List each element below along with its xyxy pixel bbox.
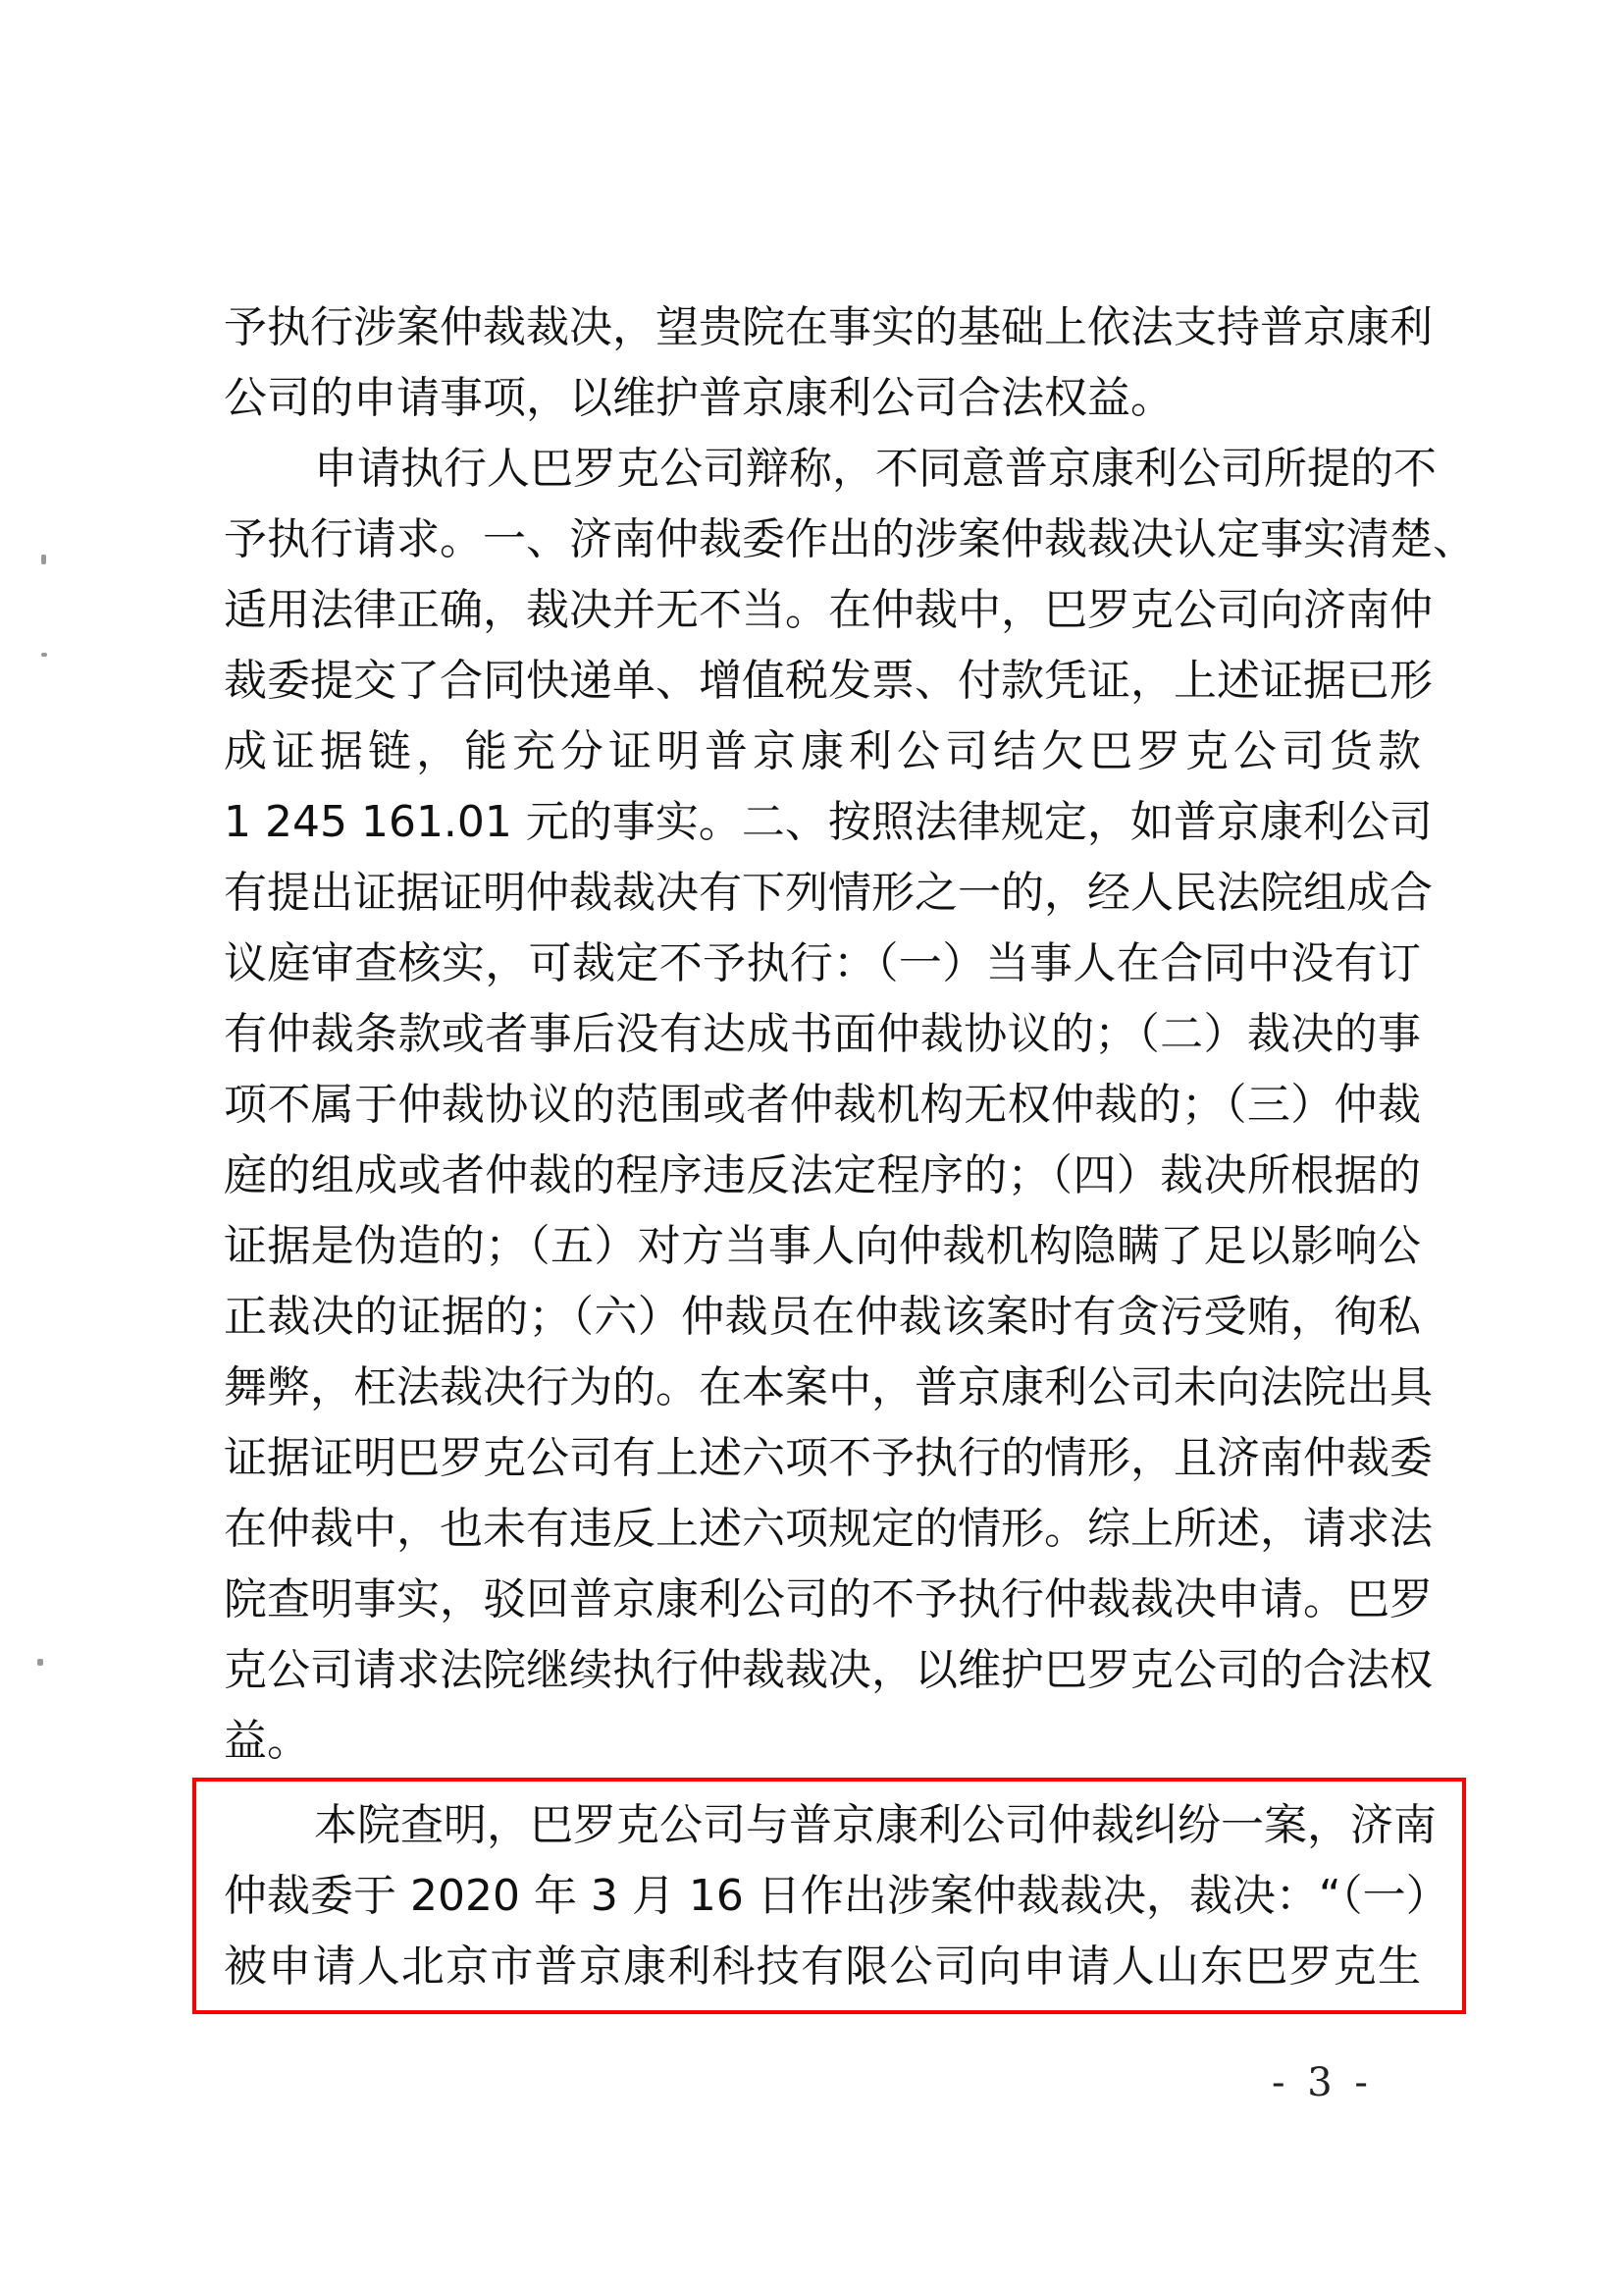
scan-artifact-mark bbox=[41, 555, 46, 564]
paragraph-2-line-10: 项不属于仲裁协议的范围或者仲裁机构无权仲裁的；（三）仲裁 bbox=[224, 1078, 1421, 1133]
paragraph-2-line-4: 裁委提交了合同快递单、增值税发票、付款凭证，上述证据已形 bbox=[224, 654, 1421, 709]
paragraph-2-line-15: 证据证明巴罗克公司有上述六项不予执行的情形，且济南仲裁委 bbox=[224, 1431, 1421, 1486]
scan-artifact-mark bbox=[41, 653, 47, 657]
paragraph-3-line-2: 仲裁委于 2020 年 3 月 16 日作出涉案仲裁裁决，裁决：“（一） bbox=[224, 1869, 1421, 1924]
paragraph-3-line-1: 本院查明，巴罗克公司与普京康利公司仲裁纠纷一案，济南 bbox=[314, 1798, 1421, 1853]
paragraph-3-line-3: 被申请人北京市普京康利科技有限公司向申请人山东巴罗克生 bbox=[224, 1940, 1421, 1995]
paragraph-2-line-9: 有仲裁条款或者事后没有达成书面仲裁协议的；（二）裁决的事 bbox=[224, 1007, 1421, 1062]
paragraph-2-line-1: 申请执行人巴罗克公司辩称，不同意普京康利公司所提的不 bbox=[314, 442, 1421, 497]
paragraph-2-line-13: 正裁决的证据的；（六）仲裁员在仲裁该案时有贪污受贿，徇私 bbox=[224, 1290, 1421, 1345]
scan-artifact-mark bbox=[37, 1659, 43, 1666]
document-page: 予执行涉案仲裁裁决，望贵院在事实的基础上依法支持普京康利 公司的申请事项，以维护… bbox=[0, 0, 1624, 2288]
paragraph-2-line-18: 克公司请求法院继续执行仲裁裁决，以维护巴罗克公司的合法权 bbox=[224, 1643, 1421, 1698]
paragraph-2-line-17: 院查明事实，驳回普京康利公司的不予执行仲裁裁决申请。巴罗 bbox=[224, 1572, 1421, 1627]
paragraph-2-line-12: 证据是伪造的；（五）对方当事人向仲裁机构隐瞒了足以影响公 bbox=[224, 1219, 1421, 1274]
paragraph-1-line-2: 公司的申请事项，以维护普京康利公司合法权益。 bbox=[224, 371, 1421, 426]
paragraph-2-line-2: 予执行请求。一、济南仲裁委作出的涉案仲裁裁决认定事实清楚、 bbox=[224, 512, 1421, 567]
paragraph-2-line-5: 成证据链，能充分证明普京康利公司结欠巴罗克公司货款 bbox=[224, 724, 1421, 779]
paragraph-2-line-3: 适用法律正确，裁决并无不当。在仲裁中，巴罗克公司向济南仲 bbox=[224, 583, 1421, 638]
paragraph-2-line-16: 在仲裁中，也未有违反上述六项规定的情形。综上所述，请求法 bbox=[224, 1502, 1421, 1557]
paragraph-2-line-14: 舞弊，枉法裁决行为的。在本案中，普京康利公司未向法院出具 bbox=[224, 1360, 1421, 1415]
paragraph-2-line-6: 1 245 161.01 元的事实。二、按照法律规定，如普京康利公司 bbox=[224, 795, 1421, 850]
paragraph-2-line-8: 议庭审查核实，可裁定不予执行：（一）当事人在合同中没有订 bbox=[224, 936, 1421, 991]
paragraph-2-line-11: 庭的组成或者仲裁的程序违反法定程序的；（四）裁决所根据的 bbox=[224, 1148, 1421, 1203]
page-number: - 3 - bbox=[1266, 2059, 1374, 2106]
paragraph-2-line-7: 有提出证据证明仲裁裁决有下列情形之一的，经人民法院组成合 bbox=[224, 866, 1421, 921]
paragraph-1-line-1: 予执行涉案仲裁裁决，望贵院在事实的基础上依法支持普京康利 bbox=[224, 300, 1421, 355]
paragraph-2-line-19: 益。 bbox=[224, 1714, 1421, 1769]
